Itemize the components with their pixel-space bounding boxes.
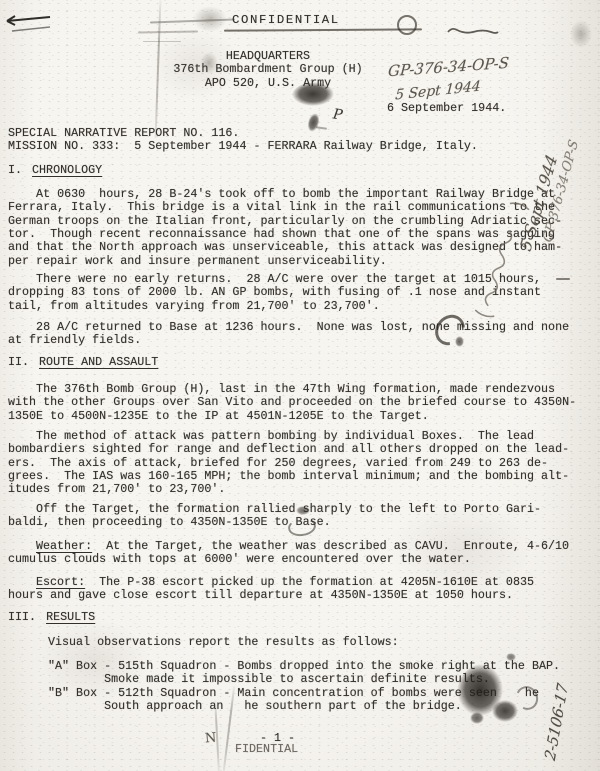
gray-smudge xyxy=(570,20,592,48)
ink-blot xyxy=(470,712,484,724)
section-number: I. xyxy=(8,163,22,177)
section-heading-results: III.RESULTS xyxy=(8,611,95,624)
section-title: ROUTE AND ASSAULT xyxy=(39,355,158,369)
results-intro: Visual observations report the results a… xyxy=(48,636,399,649)
pencil-dash xyxy=(556,278,570,280)
classification-stamp: CONFIDENTIAL xyxy=(232,14,340,27)
section-number: III. xyxy=(8,610,36,624)
pencil-scratch xyxy=(143,41,181,42)
section-heading-chronology: I.CHRONOLOGY xyxy=(8,164,102,177)
stray-pencil-letter: N xyxy=(204,731,216,747)
weather-label: Weather: xyxy=(36,539,92,553)
section-title: RESULTS xyxy=(46,610,95,624)
paragraph-chronology-3: 28 A/C returned to Base at 1236 hours. N… xyxy=(8,321,569,348)
paragraph-chronology-2: There were no early returns. 28 A/C were… xyxy=(8,273,541,313)
report-title: SPECIAL NARRATIVE REPORT NO. 116. MISSIO… xyxy=(8,127,478,154)
escort-label: Escort: xyxy=(36,575,85,589)
footer-stamp-partial: FIDENTIAL xyxy=(235,743,298,756)
section-heading-route: II.ROUTE AND ASSAULT xyxy=(8,356,158,369)
pencil-scratch xyxy=(138,30,198,33)
letterhead: HEADQUARTERS 376th Bombardment Group (H)… xyxy=(118,50,418,90)
pencil-scratch xyxy=(150,19,235,24)
section-number: II. xyxy=(8,355,29,369)
stray-ink-mark: P xyxy=(332,106,344,123)
stamp-underline xyxy=(224,28,422,31)
scanned-document-page: CONFIDENTIAL HEADQUARTERS 376th Bombardm… xyxy=(0,0,600,771)
weather-text: At the Target, the weather was described… xyxy=(8,539,569,566)
paragraph-route-3: Off the Target, the formation rallied sh… xyxy=(8,503,541,530)
escort-text: The P-38 escort picked up the formation … xyxy=(8,575,534,602)
document-date: 6 September 1944. xyxy=(387,102,506,115)
results-boxes: "A" Box - 515th Squadron - Bombs dropped… xyxy=(48,660,560,713)
paragraph-chronology-1: At 0630 hours, 28 B-24's took off to bom… xyxy=(8,188,562,268)
paragraph-route-2: The method of attack was pattern bombing… xyxy=(8,430,569,497)
paragraph-route-1: The 376th Bomb Group (H), last in the 47… xyxy=(8,383,576,423)
ink-ring-mark xyxy=(397,15,417,35)
gray-smudge xyxy=(193,6,227,32)
weather-paragraph: Weather: At the Target, the weather was … xyxy=(8,540,569,567)
section-title: CHRONOLOGY xyxy=(32,163,102,177)
escort-paragraph: Escort: The P-38 escort picked up the fo… xyxy=(8,576,534,603)
ink-squiggle xyxy=(446,25,500,37)
pencil-arrow-icon xyxy=(0,8,54,38)
